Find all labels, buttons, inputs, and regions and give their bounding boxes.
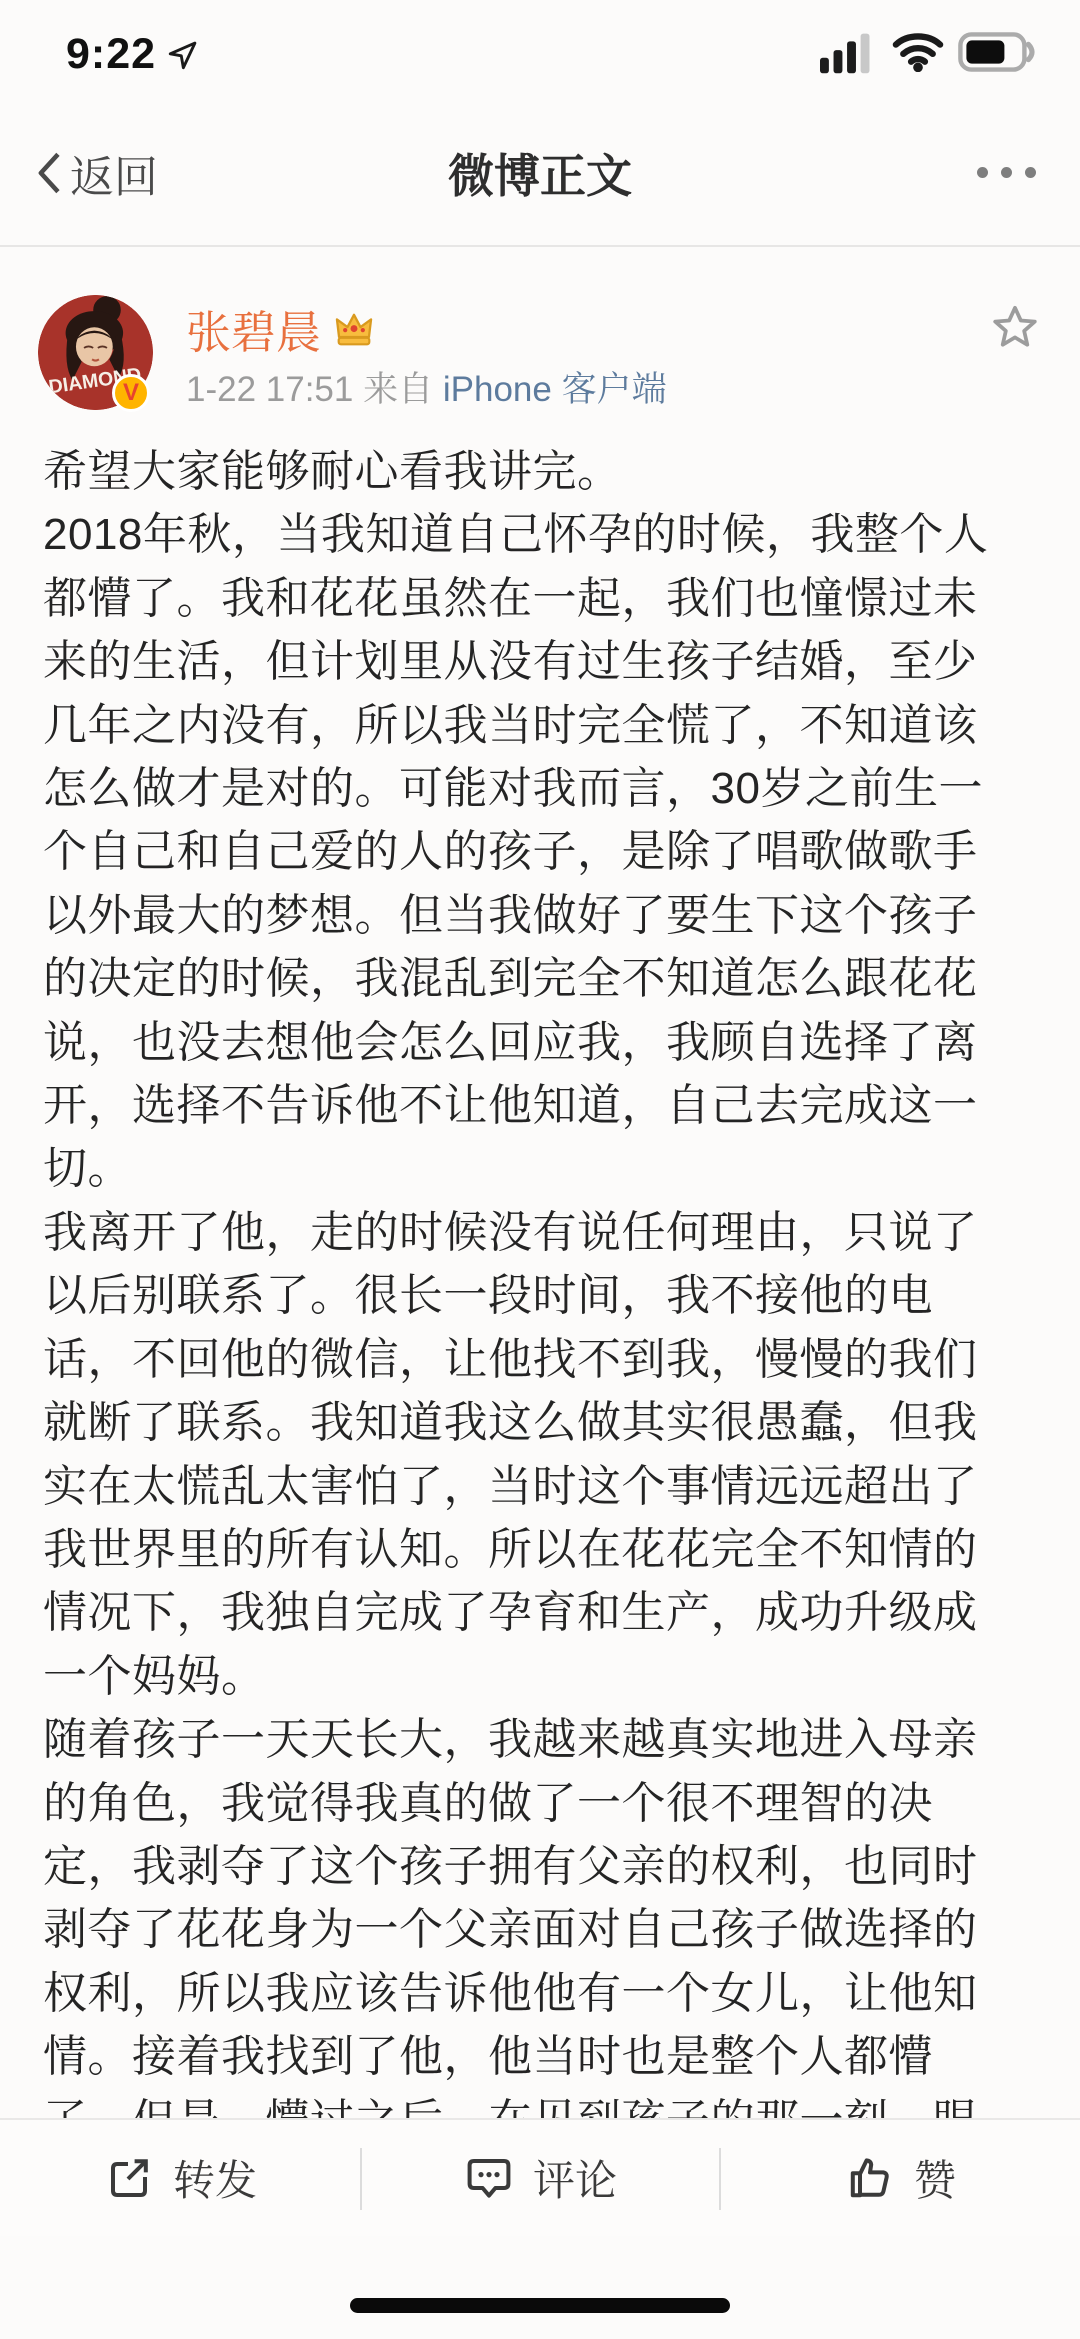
battery-icon [958, 32, 1038, 72]
back-label: 返回 [70, 141, 158, 205]
page-title: 微博正文 [0, 140, 1080, 206]
action-toolbar: 转发 评论 赞 [0, 2118, 1080, 2236]
comment-icon [463, 2152, 515, 2204]
repost-icon [103, 2152, 155, 2204]
chevron-left-icon [36, 150, 62, 196]
clock-time: 9:22 [66, 30, 156, 79]
like-label: 赞 [914, 2148, 956, 2208]
cellular-signal-icon [820, 30, 878, 74]
source-link[interactable]: iPhone 客户端 [443, 370, 667, 409]
more-button[interactable] [977, 167, 1036, 178]
comment-button[interactable]: 评论 [360, 2120, 720, 2236]
post-body-text: 希望大家能够耐心看我讲完。 2018年秋，当我知道自己怀孕的时候，我整个人都懵了… [43, 440, 1021, 2118]
vip-crown-icon [331, 306, 377, 352]
comment-label: 评论 [533, 2148, 617, 2208]
verified-badge: V [112, 374, 150, 412]
repost-label: 转发 [173, 2148, 257, 2208]
repost-button[interactable]: 转发 [0, 2120, 360, 2236]
home-indicator[interactable] [350, 2298, 730, 2313]
nav-bar: 返回 微博正文 [0, 100, 1080, 247]
toolbar-divider [719, 2148, 721, 2210]
back-button[interactable]: 返回 [36, 141, 158, 205]
like-button[interactable]: 赞 [720, 2120, 1080, 2236]
source-prefix: 来自 [363, 370, 433, 409]
ellipsis-icon [977, 167, 988, 178]
wifi-icon [892, 32, 944, 72]
post-timestamp: 1-22 17:51 [186, 370, 353, 409]
like-icon [844, 2152, 896, 2204]
status-bar: 9:22 [0, 0, 1080, 100]
location-arrow-icon [166, 38, 200, 72]
author-name[interactable]: 张碧晨 [186, 296, 321, 361]
favorite-star-icon[interactable] [990, 302, 1040, 352]
post-meta: 1-22 17:51 来自 iPhone 客户端 [186, 362, 667, 412]
weibo-post-detail-screen: 9:22 [0, 0, 1080, 2339]
toolbar-divider [360, 2148, 362, 2210]
